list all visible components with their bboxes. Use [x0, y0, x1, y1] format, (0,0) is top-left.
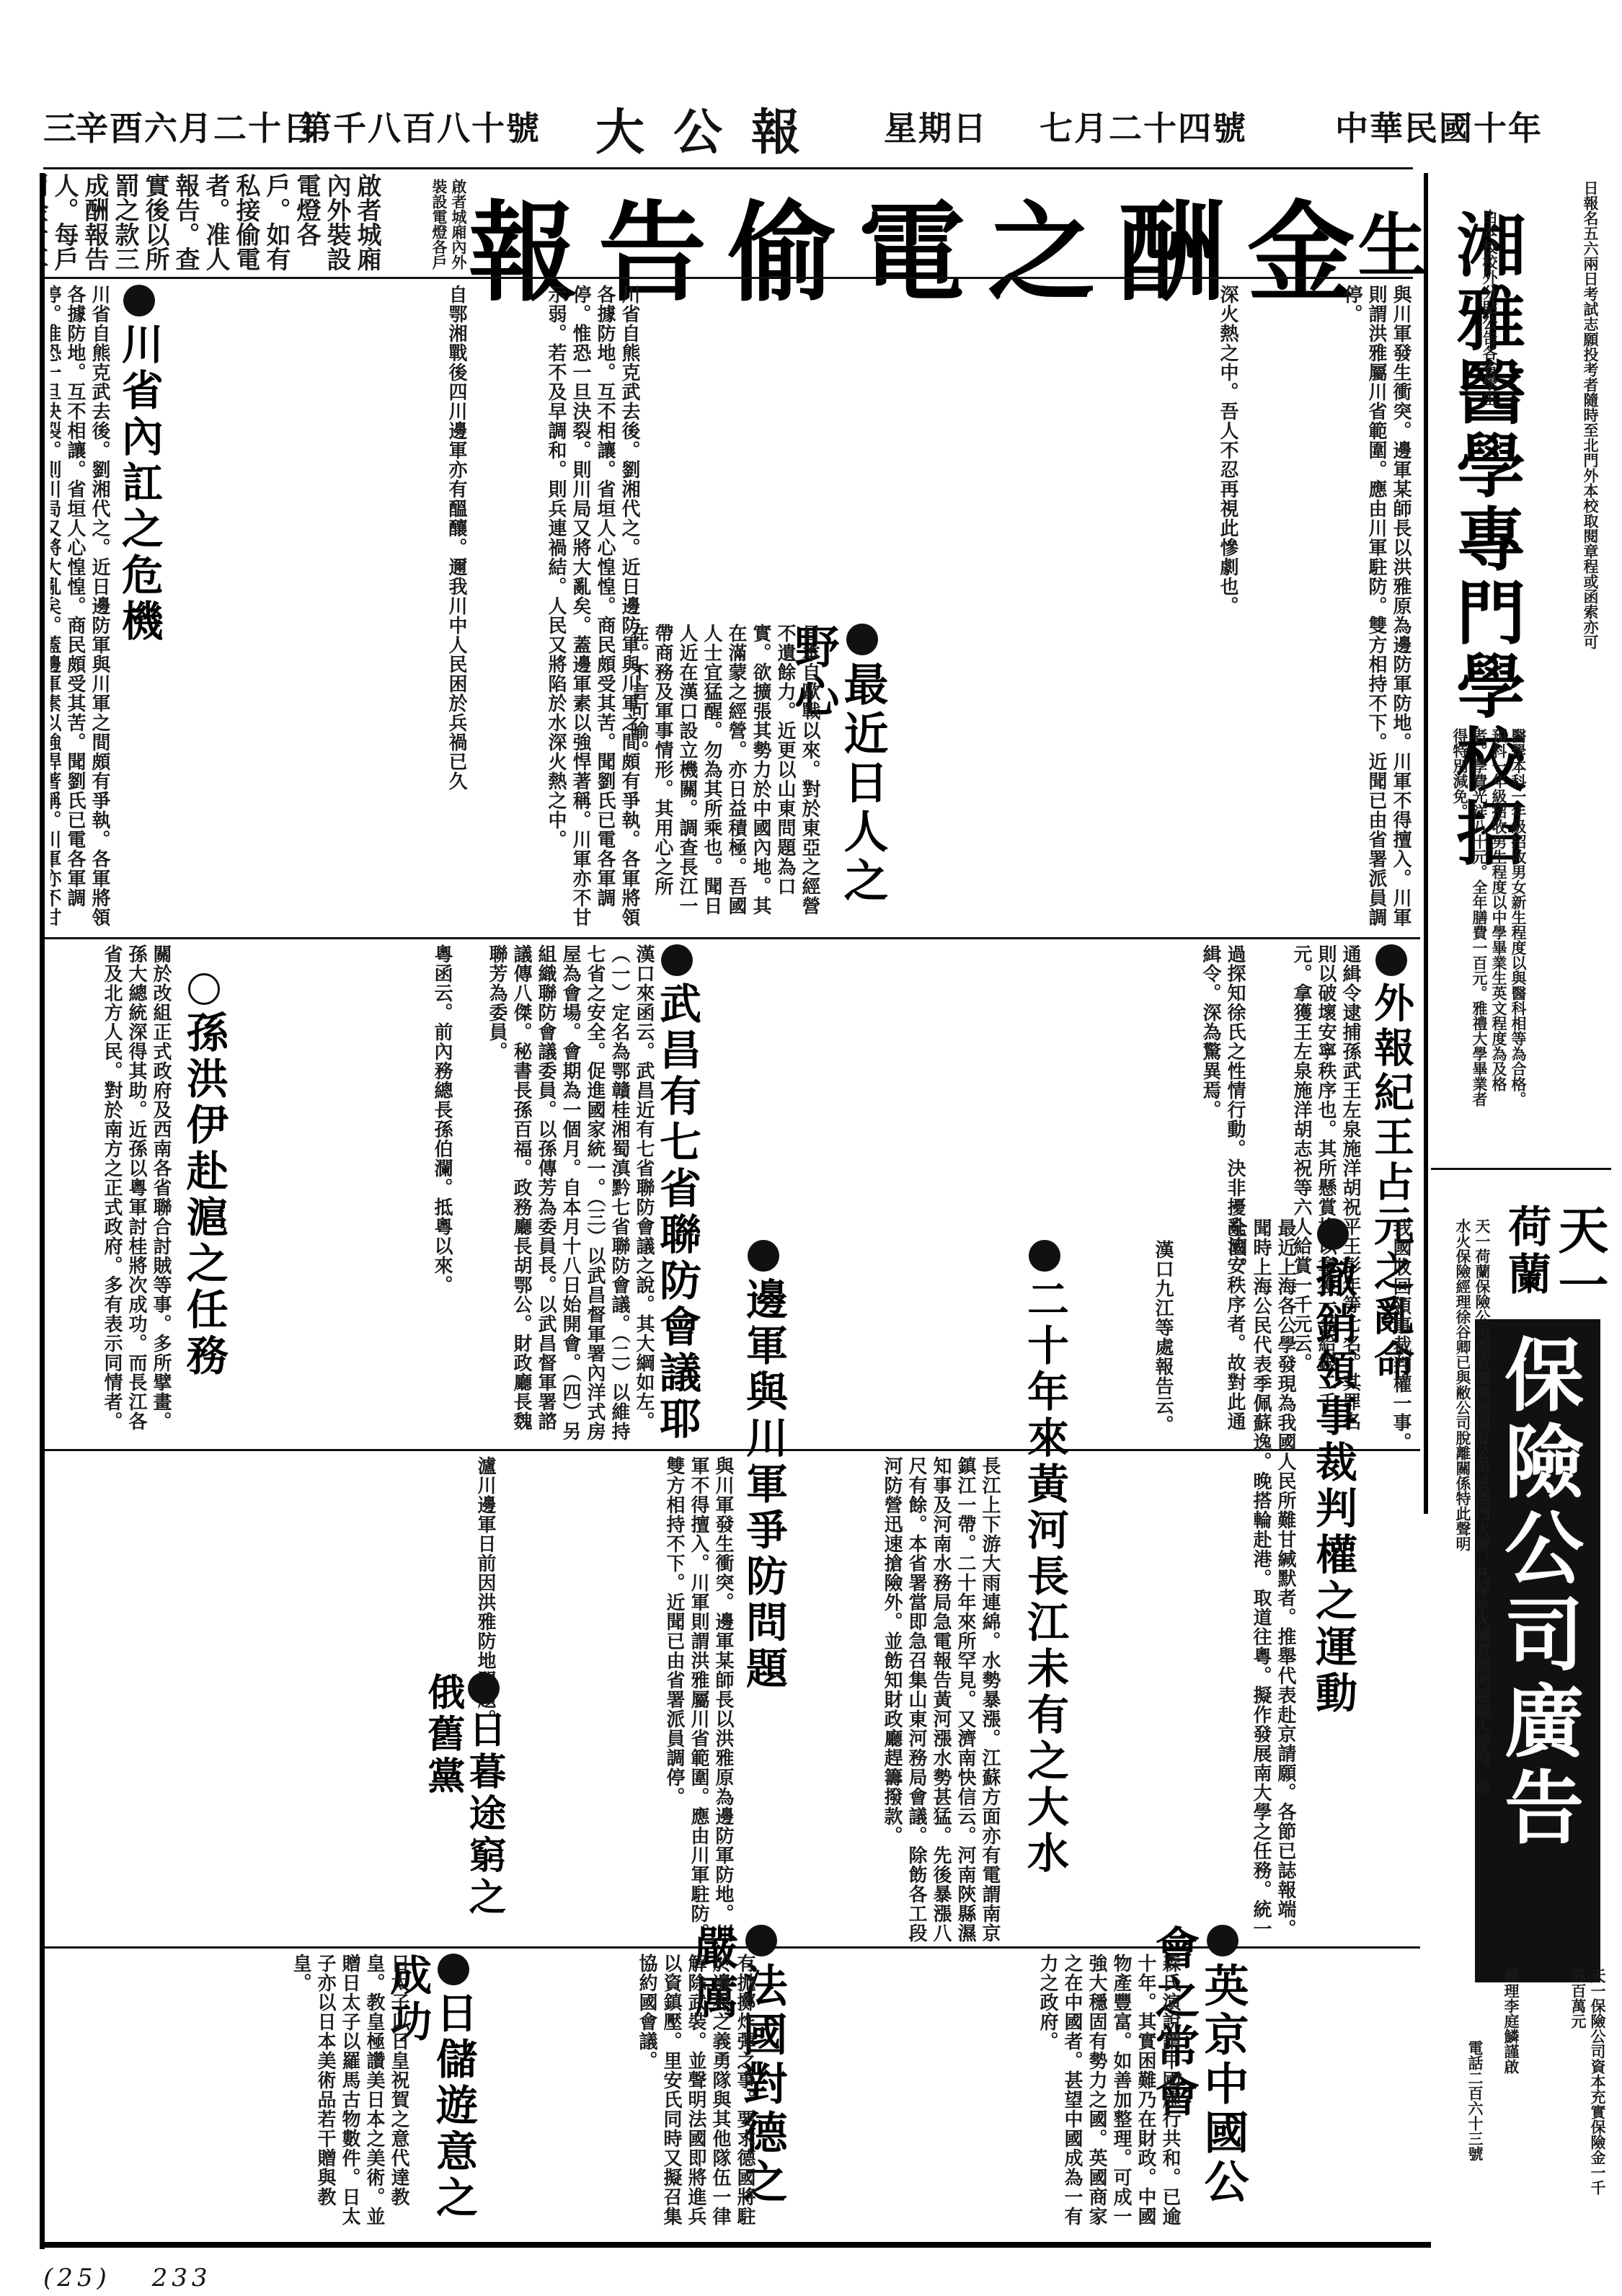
insurance-ad-title: 保險公司廣告 — [1475, 1319, 1600, 1982]
insurance-company-name: 荷蘭 — [1502, 1204, 1550, 1299]
headline-border-dispute: 邊軍與川軍爭防問題 — [740, 1240, 786, 1693]
article-body: 日本自歐戰以來。對於東亞之經營不遺餘力。近更以山東問題為口實。欲擴張其勢力於中國… — [606, 624, 822, 934]
bullet-icon — [846, 624, 878, 655]
republic-date: 中華民國十年 — [1335, 102, 1543, 150]
article-japan-prince-visit: 日儲遊意之成功 日太子以日皇祝賀之意代達教皇。教皇極讚美日本之美術。並贈日太子以… — [50, 1954, 476, 2238]
section-rule-1 — [43, 937, 1420, 939]
bullet-icon — [1029, 1240, 1060, 1272]
bottom-border — [40, 2242, 1431, 2248]
article-lead: 我國收回領事裁判權一事。 — [1362, 1218, 1413, 1943]
bullet-icon — [123, 285, 155, 316]
masthead: 中華民國十年 七月二十四號 星期日 大公報 第千八百八十號 辛酉六月二十日 三 — [43, 87, 1572, 166]
volume-number: (25) — [43, 2264, 111, 2292]
article-london-chinese-association: 英京中國公會之常會 森氏演說謂中國施行共和。已逾十年。其實困難乃在財政。中國物產… — [843, 1925, 1247, 2238]
issue-number: 第千八百八十號 — [298, 102, 541, 150]
insurance-notice: 天一荷蘭保險公司湘省總經理開設公司於西門大街，凡保水火險者請向經理人接洽。前水火… — [1435, 1218, 1492, 1795]
headline-russian-old-party: 日暮途窮之俄舊黨 — [422, 1672, 505, 1943]
article-body: 川省自熊克武去後。劉湘代之。近日邊防軍與川軍之間頗有爭執。各軍將領各據防地。互不… — [50, 285, 112, 934]
row-3: 瀘川邊軍日前因洪雅防地問題。 邊軍與川軍爭防問題 與川軍發生衝突。邊軍某師長以洪… — [50, 1456, 1413, 1943]
school-ad-rule — [1431, 1168, 1611, 1170]
bullet-icon — [748, 1240, 779, 1272]
headline-sichuan-crisis: 川省內訌之危機 — [115, 285, 161, 645]
lunar-date: 辛酉六月二十日 — [75, 102, 317, 150]
headline-sun-hongyi: 孫洪伊赴滬之任務 — [180, 973, 226, 1380]
article-body: 日太子以日皇祝賀之意代達教皇。教皇極讚美日本之美術。並贈日太子以羅馬古物數件。日… — [50, 1954, 411, 2238]
school-ad-details: 醫學本科一年級招收男女新生程度以與醫科相等為合格。預科一年級招收男生程度以中學畢… — [1435, 728, 1528, 1117]
hollow-bullet-icon — [188, 973, 220, 1005]
insurance-company-prefix: 天一 — [1552, 1204, 1608, 1313]
article-body: 最近上海各公學發現為我國人民所難甘緘默者。推舉代表赴京請願。各節已誌報端。聞時上… — [1175, 1218, 1298, 1943]
school-ad: 湘雅醫學專門學校招生 日報名五六兩日考試志願投考者隨時至北門外本校取閱章程或函索… — [1435, 180, 1615, 1161]
article-lead: 漢口九江等處報告云。 — [1074, 1240, 1175, 1943]
row-1: 川省內訌之危機 自鄂湘戰後四川邊軍亦有醞釀。邇我川中人民困於兵禍已久 川省自熊克… — [50, 285, 1413, 934]
insurance-manager: 經理李庭鱗謹啟 — [1492, 1968, 1521, 2206]
insurance-phone: 電話二百六十三號 — [1463, 2040, 1485, 2206]
article-consular-jurisdiction: 撤銷領事裁判權之運動 我國收回領事裁判權一事。 最近上海各公學發現為我國人民所難… — [1175, 1218, 1413, 1943]
row-1-right-text: 與川軍發生衝突。邊軍某師長以洪雅原為邊防軍防地。川軍不得擅入。川軍則謂洪雅屬川省… — [916, 285, 1413, 934]
bullet-icon — [661, 944, 693, 976]
article-france-germany: 法國對德之嚴厲 有拋擲炸彈之事。要求德國將駐於邊界之義勇隊與其他隊伍一律解除武裝… — [483, 1925, 843, 2238]
bullet-icon — [1317, 1218, 1349, 1250]
top-ad-notice: 啟者城廂內外裝設電燈各戶。如有私接偷電者。准人報告。查實後以所罰之款三成酬報告人… — [43, 173, 382, 274]
article-body: 有拋擲炸彈之事。要求德國將駐於邊界之義勇隊與其他隊伍一律解除武裝。並聲明法國即將… — [483, 1954, 757, 2238]
article-body: 關於改組正式政府及西南各省聯合討賊等事。多所擘畫。孫大總統深得其助。近孫以粵軍討… — [50, 944, 173, 1445]
bullet-icon — [1207, 1925, 1238, 1956]
bullet-icon — [745, 1925, 777, 1956]
article-japan-ambition: 最近日人之野心 日本自歐戰以來。對於東亞之經營不遺餘力。近更以山東問題為口實。欲… — [606, 624, 908, 934]
article-sichuan-crisis: 川省內訌之危機 自鄂湘戰後四川邊軍亦有醞釀。邇我川中人民困於兵禍已久 川省自熊克… — [50, 285, 469, 934]
insurance-ad: 天一 荷蘭 保險公司廣告 天一荷蘭保險公司湘省總經理開設公司於西門大街，凡保水火… — [1435, 1175, 1615, 2213]
gregorian-date: 七月二十四號 — [1040, 102, 1247, 150]
article-lead: 自鄂湘戰後四川邊軍亦有醞釀。邇我川中人民困於兵禍已久 — [166, 285, 469, 934]
bullet-icon — [438, 1954, 469, 1985]
top-ad-side-label: 啟者城廂內外裝設電燈各戶 — [389, 179, 469, 272]
bullet-icon — [468, 1672, 500, 1704]
bullet-icon — [1375, 944, 1407, 976]
page-index: 233 — [152, 2264, 212, 2292]
article-border-dispute: 邊軍與川軍爭防問題 與川軍發生衝突。邊軍某師長以洪雅原為邊防軍防地。川軍不得擅入… — [497, 1240, 815, 1943]
school-ad-subtitle: 由本校校外分貼公告各省學生 — [1435, 209, 1499, 714]
headline-yellow-river-flood: 二十年來黃河長江未有之大水 — [1021, 1240, 1067, 1877]
insurance-capital: 天一保險公司資本充實保險金一千五百萬元 — [1528, 1968, 1608, 2206]
top-ad-rule — [43, 277, 1413, 279]
article-yellow-river-flood: 二十年來黃河長江未有之大水 漢口九江等處報告云。 長江上下游大雨連綿。水勢暴漲。… — [815, 1240, 1175, 1943]
article-body: 與川軍發生衝突。邊軍某師長以洪雅原為邊防軍防地。川軍不得擅入。川軍則謂洪雅屬川省… — [497, 1456, 735, 1943]
row-4: 日儲遊意之成功 日太子以日皇祝賀之意代達教皇。教皇極讚美日本之美術。並贈日太子以… — [50, 1954, 1413, 2238]
page-footer: (25) 233 — [43, 2264, 212, 2292]
top-ad: 報告偷電之酬金 啟者城廂內外裝設電燈各戶 — [389, 173, 1406, 274]
headline-consular-jurisdiction: 撤銷領事裁判權之運動 — [1309, 1218, 1355, 1717]
school-exam-info: 日報名五六兩日考試志願投考者隨時至北門外本校取閱章程或函索亦可 — [1543, 180, 1600, 1117]
article-sun-hongyi: 孫洪伊赴滬之任務 關於改組正式政府及西南各省聯合討賊等事。多所擘畫。孫大總統深得… — [50, 944, 454, 1445]
article-russian-old-party: 日暮途窮之俄舊黨 — [389, 1672, 505, 1943]
left-border — [40, 173, 45, 2249]
weekday: 星期日 — [884, 102, 988, 150]
article-lead: 粵函云。前內務總長孫伯瀾。抵粵以來。 — [238, 944, 454, 1445]
page-number: 三 — [43, 102, 78, 150]
paper-name: 大公報 — [595, 94, 829, 164]
article-body: 森氏演說謂中國施行共和。已逾十年。其實困難乃在財政。中國物產豐富。如善加整理。可… — [843, 1954, 1182, 2238]
article-body: 長江上下游大雨連綿。水勢暴漲。江蘇方面亦有電謂南京鎮江一帶。二十年來所罕見。又濟… — [815, 1456, 1002, 1943]
